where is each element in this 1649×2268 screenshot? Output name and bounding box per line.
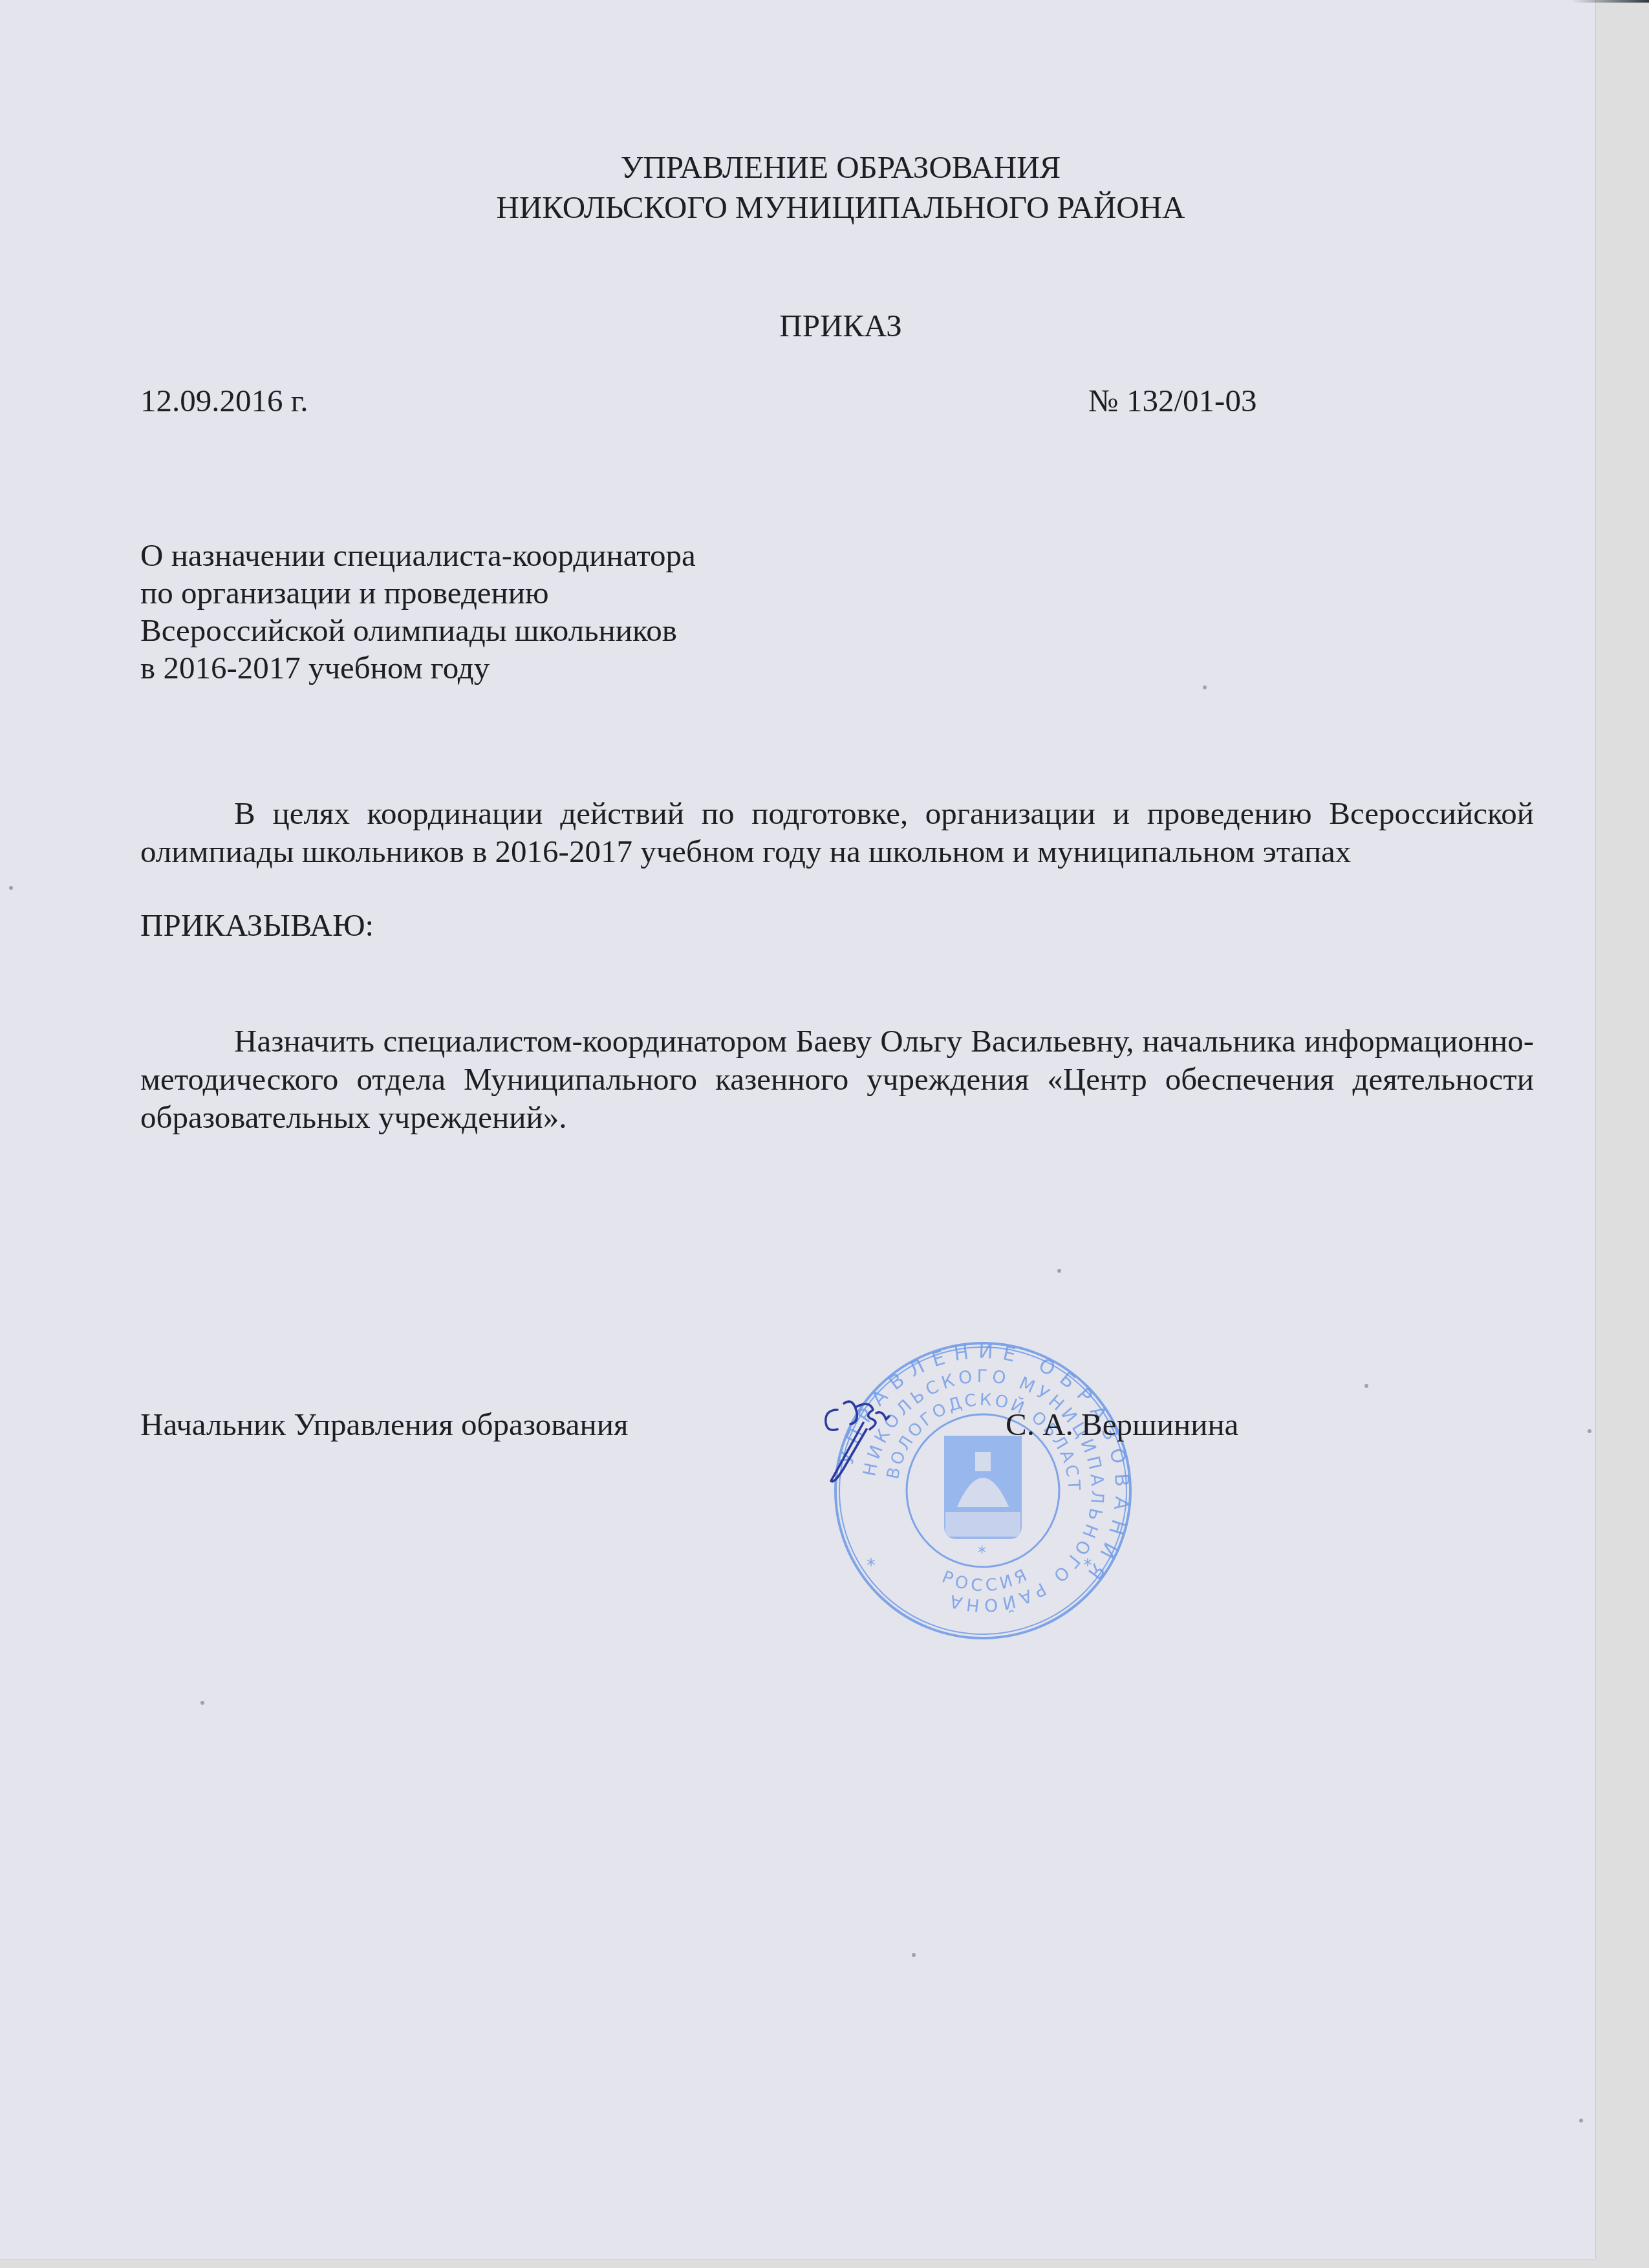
scan-speck (1588, 1429, 1591, 1433)
signatory-name: С. А. Вершинина (1006, 1407, 1238, 1443)
subject-line: в 2016-2017 учебном году (140, 649, 696, 687)
header-line-2: НИКОЛЬСКОГО МУНИЦИПАЛЬНОГО РАЙОНА (194, 188, 1487, 228)
document-subject: О назначении специалиста-координатора по… (140, 537, 696, 687)
document-page: УПРАВЛЕНИЕ ОБРАЗОВАНИЯ НИКОЛЬСКОГО МУНИЦ… (0, 0, 1595, 2259)
scan-speck (1364, 1384, 1368, 1388)
scan-edge-shadow (1571, 0, 1649, 3)
scan-speck (1057, 1269, 1061, 1273)
svg-text:*: * (978, 1544, 986, 1563)
subject-line: О назначении специалиста-координатора (140, 537, 696, 574)
order-word: ПРИКАЗЫВАЮ: (140, 907, 374, 944)
document-date: 12.09.2016 г. (140, 383, 308, 419)
scan-speck (1203, 686, 1207, 689)
scan-speck (200, 1701, 204, 1705)
order-text: Назначить специалистом-координатором Бае… (140, 1023, 1534, 1135)
svg-text:*: * (1083, 1555, 1092, 1576)
order-paragraph: Назначить специалистом-координатором Бае… (140, 1022, 1534, 1136)
organization-header: УПРАВЛЕНИЕ ОБРАЗОВАНИЯ НИКОЛЬСКОГО МУНИЦ… (194, 147, 1487, 228)
header-line-1: УПРАВЛЕНИЕ ОБРАЗОВАНИЯ (194, 147, 1487, 188)
preamble-text: В целях координации действий по подготов… (140, 795, 1534, 869)
scan-speck (1579, 2119, 1583, 2122)
signatory-role: Начальник Управления образования (140, 1407, 629, 1443)
document-title: ПРИКАЗ (194, 308, 1487, 344)
subject-line: по организации и проведению (140, 574, 696, 612)
handwritten-signature (818, 1384, 915, 1487)
svg-text:*: * (867, 1555, 876, 1576)
scan-speck (9, 886, 13, 890)
subject-line: Всероссийской олимпиады школьников (140, 612, 696, 649)
coat-of-arms-icon (944, 1436, 1022, 1539)
scan-speck (912, 1953, 916, 1957)
document-number: № 132/01-03 (1088, 383, 1256, 419)
preamble-paragraph: В целях координации действий по подготов… (140, 794, 1534, 870)
